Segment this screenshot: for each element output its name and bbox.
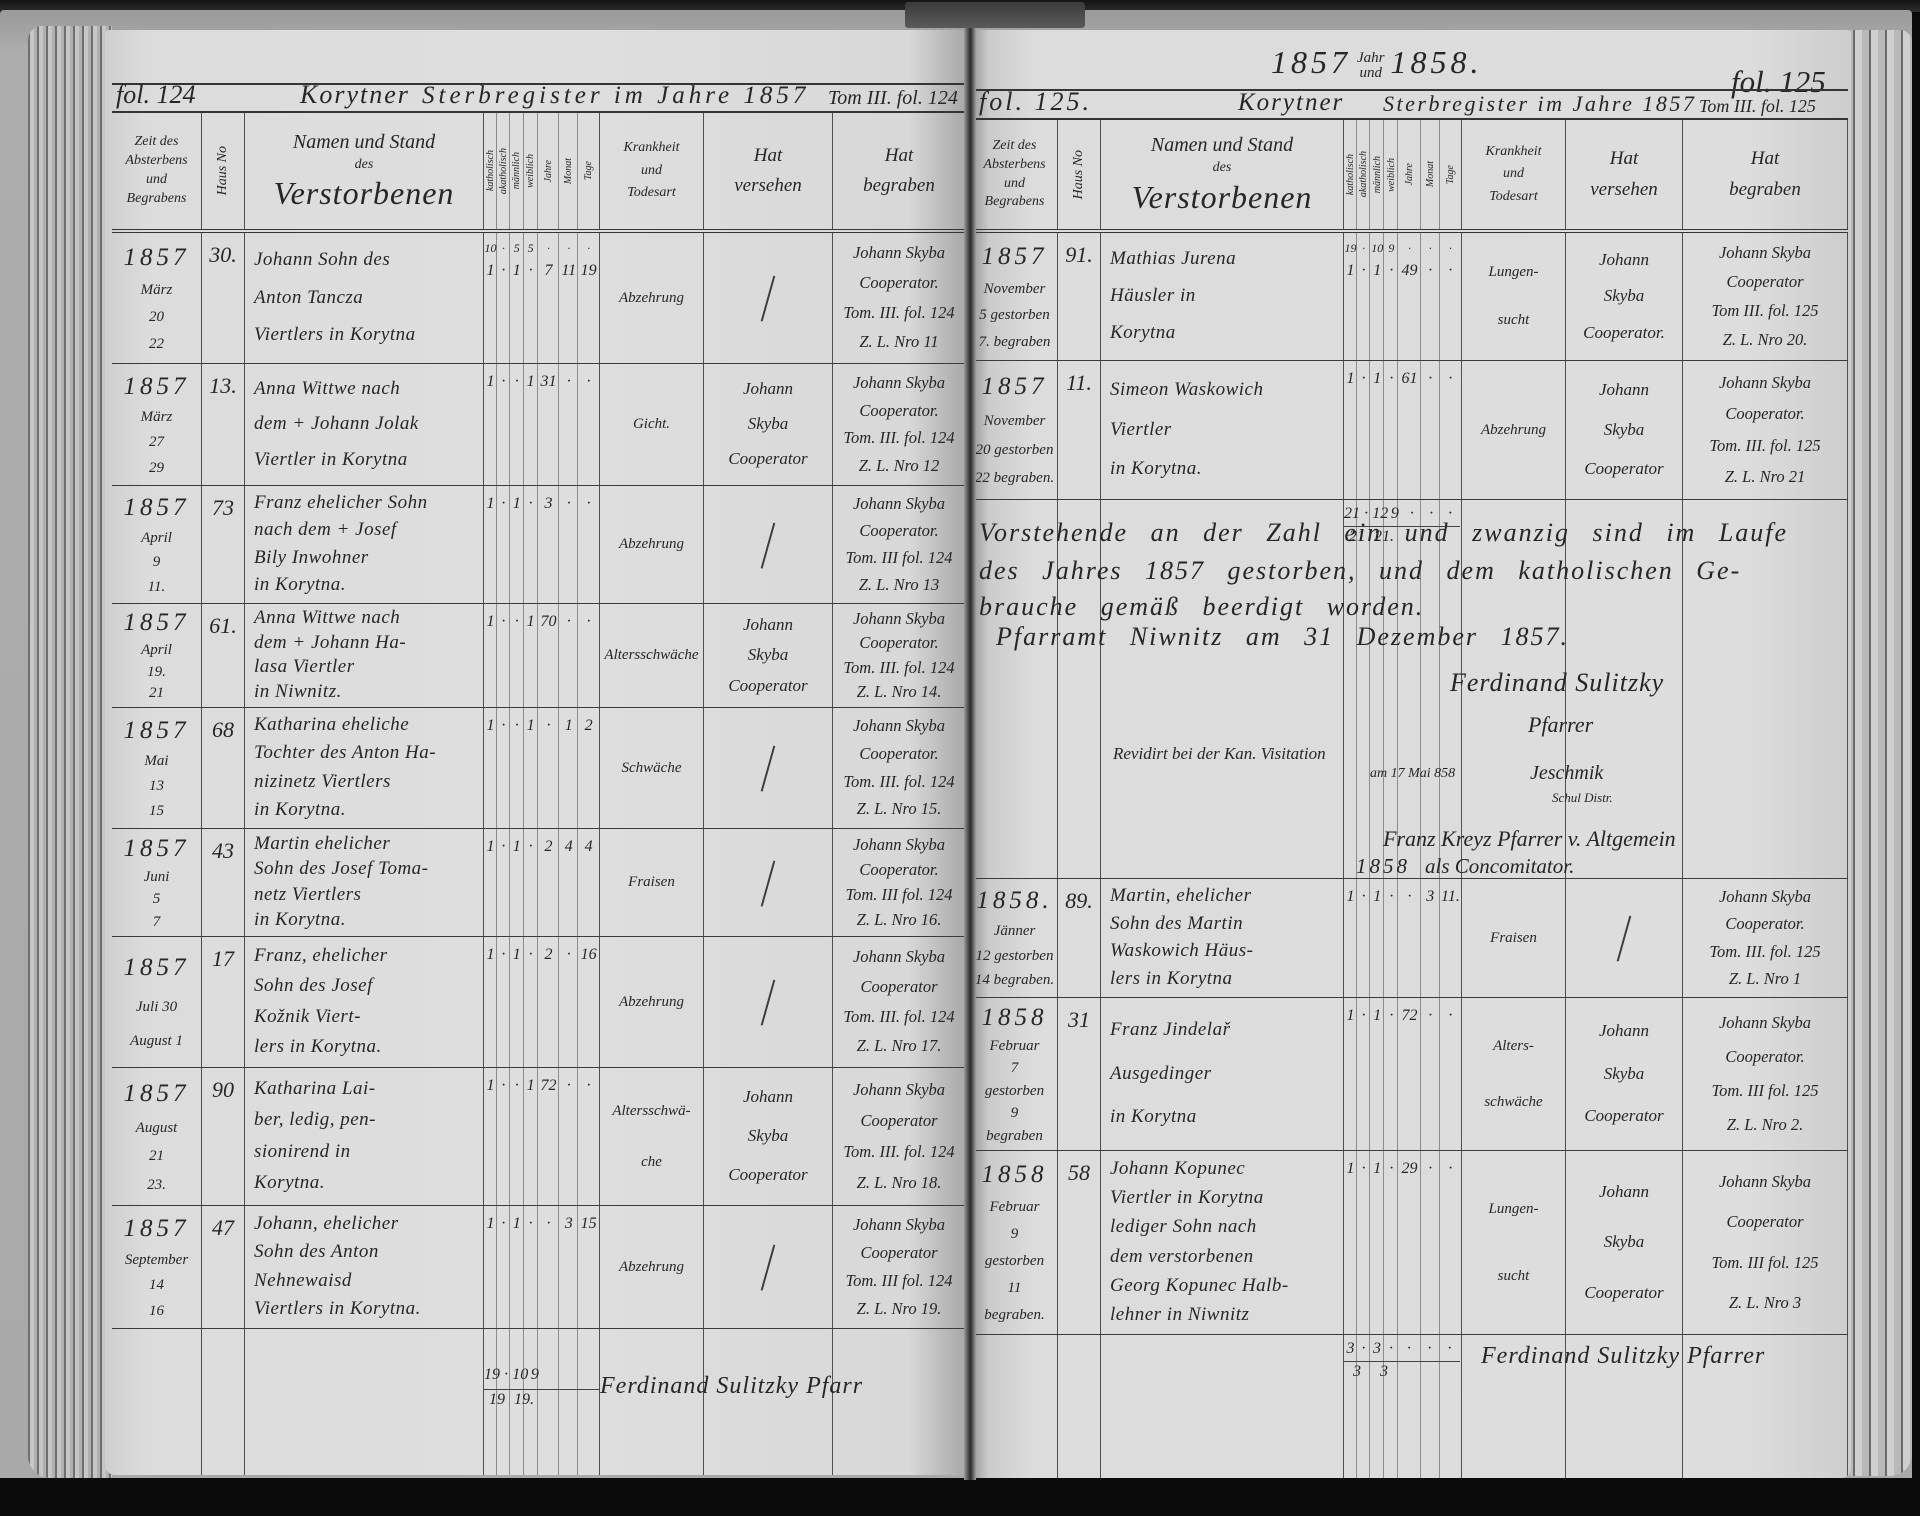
age-subcolumn-label: akatholisch	[1358, 151, 1369, 197]
name-line: in Korytna.	[254, 575, 346, 596]
name-and-status-cell: Anna Wittwe nachdem + Johann Ha-lasa Vie…	[245, 604, 484, 707]
house-number: 61.	[209, 614, 237, 638]
carried-totals: 10·55···	[484, 241, 599, 255]
closing-note-overlay: 21·129···2121.Vorstehende an der Zahl ei…	[972, 500, 1848, 878]
name-line: Franz Jindelař	[1110, 1020, 1230, 1041]
date-line: November	[984, 413, 1046, 430]
header-name-line3: Verstorbenen	[274, 176, 455, 211]
name-line: lehner in Niwnitz	[1110, 1305, 1249, 1326]
date-line: 12 gestorben	[976, 948, 1054, 965]
date-line: 1857	[124, 1080, 190, 1108]
subcolumn-rule	[1421, 1151, 1440, 1334]
spine-top	[905, 2, 1085, 28]
closing-note-block: 21·129···2121.Vorstehende an der Zahl ei…	[972, 500, 1848, 879]
date-line: gestorben	[985, 1083, 1044, 1100]
religion-sex-age-cell: 10·55···1·1·71119	[484, 233, 600, 363]
age-subcolumn-label: weiblich	[525, 154, 536, 188]
cause-of-death-cell: Abzehrung	[600, 486, 704, 603]
house-number-cell: 13.	[202, 364, 245, 485]
right-page: 1857 Jahr und 1858. fol. 125 fol. 125. K…	[971, 30, 1851, 1478]
cause-line: Abzehrung	[619, 1259, 684, 1276]
cause-of-death-cell: Lungen-sucht	[1462, 233, 1566, 360]
date-line: 20	[149, 309, 164, 326]
date-line: Juni	[144, 869, 170, 886]
buried-by-line: Z. L. Nro 21	[1725, 468, 1806, 486]
buried-by-line: Z. L. Nro 15.	[857, 800, 942, 818]
register-entry-row: 1857April911.73Franz ehelicher Sohnnach …	[112, 486, 965, 604]
header-date-line: Absterbens	[983, 156, 1045, 175]
buried-by-line: Cooperator.	[859, 274, 938, 292]
age-values-value: ·	[510, 716, 524, 735]
name-and-status-cell: Franz, ehelicherSohn des JosefKožnik Vie…	[245, 937, 484, 1067]
cause-of-death-cell: Abzehrung	[600, 233, 704, 363]
name-line: Johann Kopunec	[1110, 1159, 1245, 1180]
date-line: gestorben	[985, 1253, 1044, 1270]
year-connector: Jahr und	[1357, 51, 1385, 81]
religion-sex-age-cell: 1··170··	[484, 604, 600, 707]
name-line: Anna Wittwe nach	[254, 608, 400, 629]
provided-by-line: Johann	[1599, 1183, 1649, 1202]
age-values-value: 2	[538, 945, 560, 964]
cause-line: Abzehrung	[619, 994, 684, 1011]
age-values-value: ·	[497, 372, 510, 391]
house-number: 17	[212, 947, 234, 971]
death-burial-date-cell: 1857März2729	[112, 364, 202, 485]
provided-by-line: Cooperator	[728, 677, 807, 696]
provided-by-line: /	[760, 731, 776, 805]
header-cause-line: und	[641, 160, 662, 182]
date-line: Juli 30	[136, 999, 177, 1016]
death-burial-date-cell: 1858Februar9gestorben11begraben.	[972, 1151, 1058, 1334]
name-and-status-cell: Simeon WaskowichViertlerin Korytna.	[1101, 361, 1344, 499]
right-register-table: Zeit desAbsterbensundBegrabensHaus NoNam…	[972, 120, 1848, 1478]
date-line: November	[984, 281, 1046, 298]
year-second: 1858.	[1391, 44, 1483, 81]
carried-totals-value: 10	[1370, 241, 1384, 255]
date-line: April	[141, 642, 172, 659]
age-values-value: 1	[1370, 1006, 1384, 1025]
name-line: Viertler in Korytna	[1110, 1188, 1264, 1209]
totals-top-value: ·	[500, 1365, 512, 1384]
religion-sex-age-cell: 1·1·72··	[1344, 998, 1462, 1150]
cause-line: Schwäche	[622, 760, 682, 777]
age-values-value: 29	[1398, 1159, 1420, 1178]
religion-sex-age-cell: 1·1·29··	[1344, 1151, 1462, 1334]
buried-by-cell: Johann SkybaCooperatorTom III. fol. 125Z…	[1683, 233, 1848, 360]
header-religion-sex-age: katholischakatholischmännlichweiblichJah…	[1344, 120, 1462, 229]
header-provided-by: Hatversehen	[1566, 120, 1683, 229]
totals-top-value: 10	[512, 1365, 528, 1384]
date-line: 11.	[148, 579, 166, 596]
visitation-note-line: am 17 Mai 858	[1370, 766, 1455, 782]
book-spine-fold	[964, 28, 976, 1480]
age-values-value: 11	[559, 261, 578, 280]
age-values: 1··131··	[484, 372, 599, 391]
date-line: März	[141, 282, 173, 299]
date-line: 27	[149, 434, 164, 451]
age-values-value: ·	[1384, 1006, 1398, 1025]
provided-by-line: Johann	[743, 616, 793, 635]
buried-by-line: Johann Skyba	[853, 836, 945, 854]
buried-by-line: Cooperator	[860, 978, 937, 996]
name-line: Nehnewaisd	[254, 1271, 352, 1292]
visitor-signature-line: Jeschmik	[1530, 762, 1603, 785]
buried-by-line: Z. L. Nro 17.	[857, 1037, 942, 1055]
totals-top: 3·3····	[1344, 1339, 1460, 1358]
buried-by-line: Johann Skyba	[1719, 374, 1811, 392]
register-entry-row: 1857November5 gestorben7. begraben91.Mat…	[972, 233, 1848, 361]
header-provided-line: Hat	[1610, 144, 1639, 174]
name-line: Katharina eheliche	[254, 715, 409, 736]
age-values-value: ·	[578, 372, 599, 391]
buried-by-cell: Johann SkybaCooperator.Tom. III. fol. 12…	[833, 233, 965, 363]
age-values-value: ·	[497, 945, 510, 964]
house-number-cell: 73	[202, 486, 245, 603]
header-name-and-status: Namen und StanddesVerstorbenen	[245, 113, 484, 229]
header-date-line: Begrabens	[985, 193, 1045, 212]
register-place: Korytner	[300, 80, 410, 110]
name-line: nach dem + Josef	[254, 520, 397, 541]
provided-by-line: Skyba	[748, 415, 789, 434]
header-date-line: Zeit des	[993, 137, 1037, 156]
name-line: Viertlers in Korytna.	[254, 1299, 421, 1320]
age-values-value: ·	[559, 945, 578, 964]
totals-top-value: ·	[1357, 1339, 1370, 1358]
buried-by-line: Tom III. fol. 125	[1711, 302, 1818, 320]
age-values-value: 1	[484, 1076, 497, 1095]
age-subcolumn-label: Jahre	[1404, 163, 1415, 185]
date-line: März	[141, 409, 173, 426]
header-cause-line: Todesart	[627, 182, 676, 204]
death-burial-date-cell: 1857April911.	[112, 486, 202, 603]
carried-totals-value: 9	[1384, 241, 1398, 255]
age-values-value: 1	[524, 716, 538, 735]
name-line: Bily Inwohner	[254, 548, 369, 569]
page-footer-row: 3·3····33Ferdinand Sulitzky Pfarrer	[972, 1335, 1848, 1478]
age-subcolumn-label: Jahre	[543, 160, 554, 182]
buried-by-line: Tom. III fol. 124	[845, 886, 952, 904]
carried-totals-value: ·	[578, 241, 599, 255]
carried-totals-value: ·	[1421, 241, 1440, 255]
age-values-value: 1	[1344, 887, 1357, 906]
date-line: begraben.	[984, 1307, 1044, 1324]
left-page: fol. 124 Korytner Sterbregister im Jahre…	[105, 30, 970, 1475]
name-line: in Korytna.	[254, 910, 346, 931]
date-line: 19.	[147, 664, 166, 681]
column-header-row: Zeit desAbsterbensundBegrabensHaus NoNam…	[112, 113, 965, 233]
buried-by-line: Cooperator.	[859, 861, 938, 879]
age-values-value: 1	[510, 837, 524, 856]
cause-of-death-cell: Abzehrung	[1462, 361, 1566, 499]
house-number: 90	[212, 1078, 234, 1102]
header-cause-line: Krankheit	[624, 137, 680, 159]
cause-of-death-cell: Abzehrung	[600, 937, 704, 1067]
buried-by-line: Z. L. Nro 16.	[857, 911, 942, 929]
totals-top-value: ·	[1420, 1339, 1439, 1358]
carried-totals-value: ·	[1357, 241, 1370, 255]
name-line: Johann, ehelicher	[254, 1214, 399, 1235]
buried-by-line: Z. L. Nro 12	[859, 457, 940, 475]
date-line: 13	[149, 778, 164, 795]
religion-sex-age-cell: 1·1·3··	[484, 486, 600, 603]
age-values-value: ·	[1421, 1006, 1440, 1025]
age-values-value: 1	[524, 612, 538, 631]
name-line: Korytna	[1110, 323, 1176, 344]
date-line: 7. begraben	[979, 334, 1051, 351]
buried-by-line: Tom. III. fol. 124	[843, 1008, 954, 1026]
register-entry-row: 1857November20 gestorben22 begraben.11.S…	[972, 361, 1848, 500]
cause-of-death-cell: Lungen-sucht	[1462, 1151, 1566, 1334]
provided-by-line: Skyba	[1604, 287, 1645, 306]
provided-by-line: /	[760, 1230, 776, 1304]
name-line: Martin ehelicher	[254, 834, 390, 855]
visitor-signature-line: Schul Distr.	[1552, 790, 1613, 806]
house-number-cell: 61.	[202, 604, 245, 707]
register-entry-row: 1857März202230.Johann Sohn desAnton Tanc…	[112, 233, 965, 364]
buried-by-line: Johann Skyba	[853, 610, 945, 628]
age-values: 1·1··315	[484, 1214, 599, 1233]
cause-of-death-cell: Fraisen	[1462, 879, 1566, 997]
age-values-value: 2	[578, 716, 599, 735]
pastor-signature: Ferdinand Sulitzky Pfarr	[600, 1373, 863, 1400]
provided-by-cell: /	[1566, 879, 1683, 997]
provided-by-line: Cooperator.	[1583, 324, 1665, 343]
buried-by-cell: Johann SkybaCooperator.Tom. III. fol. 12…	[833, 708, 965, 828]
carried-totals-value: ·	[1440, 241, 1461, 255]
buried-by-line: Tom. III fol. 125	[1711, 1082, 1818, 1100]
age-values-value: 1	[1370, 887, 1384, 906]
death-burial-date-cell: 1857November5 gestorben7. begraben	[972, 233, 1058, 360]
tome-reference: Tom III. fol. 124	[828, 87, 958, 110]
date-line: 22	[149, 336, 164, 353]
concomitator-signature-line: als Concomitator.	[1425, 854, 1574, 879]
name-line: Viertlers in Korytna	[254, 325, 416, 346]
buried-by-line: Z. L. Nro 19.	[857, 1300, 942, 1318]
provided-by-cell: JohannSkybaCooperator.	[1566, 233, 1683, 360]
provided-by-line: Cooperator	[1584, 460, 1663, 479]
register-entry-row: 1857April19.2161.Anna Wittwe nachdem + J…	[112, 604, 965, 708]
age-values-value: 1	[1344, 261, 1357, 280]
name-line: Anna Wittwe nach	[254, 379, 400, 400]
date-line: 21	[149, 1148, 164, 1165]
header-house-label: Haus No	[215, 146, 230, 195]
age-values-value: 1	[1344, 369, 1357, 388]
header-date-line: Begrabens	[127, 190, 187, 209]
cause-line: Abzehrung	[619, 290, 684, 307]
closing-note-line: Vorstehende an der Zahl ein und zwanzig …	[979, 518, 1788, 548]
age-values-value: 1	[1370, 1159, 1384, 1178]
buried-by-cell: Johann SkybaCooperatorTom. III fol. 125Z…	[1683, 1151, 1848, 1334]
age-subcolumn-label: Tage	[583, 161, 594, 180]
religion-sex-age-cell: 19·109···1·1·49··	[1344, 233, 1462, 360]
date-line: 1858.	[976, 887, 1052, 915]
date-line: 1858	[982, 1161, 1048, 1189]
name-line: lers in Korytna.	[254, 1037, 382, 1058]
age-values-value: ·	[524, 261, 538, 280]
register-book-spread: fol. 124 Korytner Sterbregister im Jahre…	[0, 0, 1920, 1516]
page-edges-left	[28, 26, 112, 1478]
buried-by-cell: Johann SkybaCooperator.Tom. III. fol. 12…	[833, 604, 965, 707]
age-values-value: 1	[510, 1214, 524, 1233]
name-line: Katharina Lai-	[254, 1079, 376, 1100]
buried-by-line: Z. L. Nro 11	[859, 333, 938, 351]
provided-by-cell: /	[704, 486, 833, 603]
provided-by-line: Johann	[743, 1088, 793, 1107]
carried-totals-value: ·	[497, 241, 510, 255]
buried-by-line: Z. L. Nro 14.	[857, 683, 942, 701]
buried-by-line: Cooperator.	[859, 745, 938, 763]
religion-sex-age-cell: 1·1·2·16	[484, 937, 600, 1067]
name-line: Sohn des Josef Toma-	[254, 859, 429, 880]
name-line: Johann Sohn des	[254, 250, 390, 271]
name-line: Simeon Waskowich	[1110, 380, 1263, 401]
date-line: 14	[149, 1277, 164, 1294]
house-number-cell: 30.	[202, 233, 245, 363]
date-line: 1857	[124, 954, 190, 982]
date-line: 23.	[147, 1177, 166, 1194]
register-entry-row: 1858Februar9gestorben11begraben.58Johann…	[972, 1151, 1848, 1335]
closing-note-line: brauche gemäß beerdigt worden.	[979, 592, 1424, 622]
header-provided-by: Hatversehen	[704, 113, 833, 229]
name-line: dem verstorbenen	[1110, 1247, 1254, 1268]
age-values-value: ·	[1421, 261, 1440, 280]
closing-note-line: Pfarramt Niwnitz am 31 Dezember 1857.	[996, 622, 1569, 652]
header-cause-line: und	[1503, 163, 1524, 185]
age-subcolumn-label: Tage	[1445, 165, 1456, 184]
age-values-value: 1	[484, 716, 497, 735]
age-values: 1·1·49··	[1344, 261, 1461, 280]
totals-bottom-value: 3	[1344, 1362, 1370, 1381]
name-line: Franz ehelicher Sohn	[254, 493, 428, 514]
provided-by-line: Skyba	[1604, 1233, 1645, 1252]
age-values: 1·1·72··	[1344, 1006, 1461, 1025]
age-values-value: 1	[1370, 261, 1384, 280]
age-subcolumn-labels: katholischakatholischmännlichweiblichJah…	[1344, 120, 1461, 229]
age-values-value: ·	[524, 494, 538, 513]
house-number-cell: 31	[1058, 998, 1101, 1150]
provided-by-line: Skyba	[748, 1127, 789, 1146]
age-values-value: 1	[484, 261, 497, 280]
age-values-value: ·	[1421, 1159, 1440, 1178]
age-values-value: 1	[510, 261, 524, 280]
age-values-value: 16	[578, 945, 599, 964]
age-values: 1·1·2·16	[484, 945, 599, 964]
buried-by-line: Tom. III fol. 125	[1711, 1254, 1818, 1272]
age-values-value: ·	[559, 494, 578, 513]
header-religion-sex-age: katholischakatholischmännlichweiblichJah…	[484, 113, 600, 229]
cause-of-death-cell: Altersschwä-che	[600, 1068, 704, 1205]
cause-of-death-cell: Abzehrung	[600, 1206, 704, 1328]
visitation-note-line: Revidirt bei der Kan. Visitation	[1113, 744, 1326, 764]
age-subcolumn-label: katholisch	[485, 150, 496, 191]
age-values-value: 70	[538, 612, 560, 631]
header-date-line: Absterbens	[125, 152, 187, 171]
house-number-cell: 43	[202, 829, 245, 936]
date-line: 1857	[124, 835, 190, 863]
death-burial-date-cell: 1857Juni57	[112, 829, 202, 936]
page-edges-right	[1846, 30, 1912, 1476]
age-values: 1·1·61··	[1344, 369, 1461, 388]
header-provided-line: versehen	[734, 171, 802, 201]
house-number-cell: 58	[1058, 1151, 1101, 1334]
page-footer-row: 19·1091919.Ferdinand Sulitzky Pfarr	[112, 1329, 965, 1475]
buried-by-cell: Johann SkybaCooperator.Tom. III fol. 124…	[833, 829, 965, 936]
date-line: April	[141, 530, 172, 547]
house-number: 91.	[1065, 243, 1093, 267]
date-line: 5	[153, 891, 161, 908]
age-values-value: 1	[510, 945, 524, 964]
buried-by-line: Johann Skyba	[1719, 1014, 1811, 1032]
header-buried-line: begraben	[1729, 175, 1801, 205]
age-values: 1·1·3··	[484, 494, 599, 513]
carried-totals-value: 5	[510, 241, 524, 255]
cause-line: Lungen-	[1489, 1201, 1539, 1218]
header-date: Zeit desAbsterbensundBegrabens	[112, 113, 202, 229]
carried-totals-value: 5	[524, 241, 538, 255]
carried-totals-value: 19	[1344, 241, 1357, 255]
provided-by-line: Cooperator	[1584, 1284, 1663, 1303]
age-values-value: 1	[484, 945, 497, 964]
totals-bottom-value: 19.	[510, 1390, 538, 1409]
name-line: Mathias Jurena	[1110, 249, 1236, 270]
age-values-value: 4	[559, 837, 578, 856]
header-date: Zeit desAbsterbensundBegrabens	[972, 120, 1058, 229]
age-values-value: 19	[578, 261, 599, 280]
age-values-value: ·	[1440, 261, 1461, 280]
age-subcolumn-labels: katholischakatholischmännlichweiblichJah…	[484, 113, 599, 229]
age-values-value: 61	[1398, 369, 1420, 388]
cause-of-death-cell: Gicht.	[600, 364, 704, 485]
house-number: 47	[212, 1216, 234, 1240]
date-line: 1857	[982, 373, 1048, 401]
provided-by-cell: JohannSkybaCooperator	[704, 364, 833, 485]
age-values-value: 31	[538, 372, 560, 391]
totals-top-value: ·	[1439, 1339, 1460, 1358]
age-values-value: 3	[538, 494, 560, 513]
name-and-status-cell: Anna Wittwe nachdem + Johann JolakViertl…	[245, 364, 484, 485]
age-values-value: ·	[559, 372, 578, 391]
name-line: Sohn des Martin	[1110, 914, 1243, 935]
buried-by-line: Z. L. Nro 3	[1729, 1294, 1801, 1312]
age-values-value: ·	[559, 1076, 578, 1095]
provided-by-cell: JohannSkybaCooperator	[1566, 361, 1683, 499]
age-values-value: ·	[1440, 1159, 1461, 1178]
cause-line: Lungen-	[1489, 264, 1539, 281]
provided-by-line: /	[760, 507, 776, 581]
date-line: 1857	[124, 244, 190, 272]
age-values: 1·1·29··	[1344, 1159, 1461, 1178]
totals-top-value: 3	[1370, 1339, 1384, 1358]
name-and-status-cell: Martin ehelicherSohn des Josef Toma-netz…	[245, 829, 484, 936]
provided-by-line: /	[760, 845, 776, 919]
register-entry-row: 1857September141647Johann, ehelicherSohn…	[112, 1206, 965, 1329]
buried-by-line: Z. L. Nro 2.	[1727, 1116, 1803, 1134]
provided-by-line: Johann	[1599, 251, 1649, 270]
provided-by-line: Cooperator	[728, 450, 807, 469]
age-values-value: ·	[497, 716, 510, 735]
age-values-value: 72	[538, 1076, 560, 1095]
carried-totals-value: ·	[1398, 241, 1420, 255]
cause-of-death-cell: Alters-schwäche	[1462, 998, 1566, 1150]
header-name-line1: Namen und Stand	[1151, 134, 1293, 156]
header-provided-line: versehen	[1590, 175, 1658, 205]
provided-by-line: Skyba	[1604, 1065, 1645, 1084]
date-line: 9	[1011, 1105, 1019, 1122]
buried-by-line: Cooperator.	[1725, 915, 1804, 933]
name-line: Viertler in Korytna	[254, 450, 408, 471]
age-values-value: ·	[510, 1076, 524, 1095]
date-line: 21	[149, 685, 164, 702]
